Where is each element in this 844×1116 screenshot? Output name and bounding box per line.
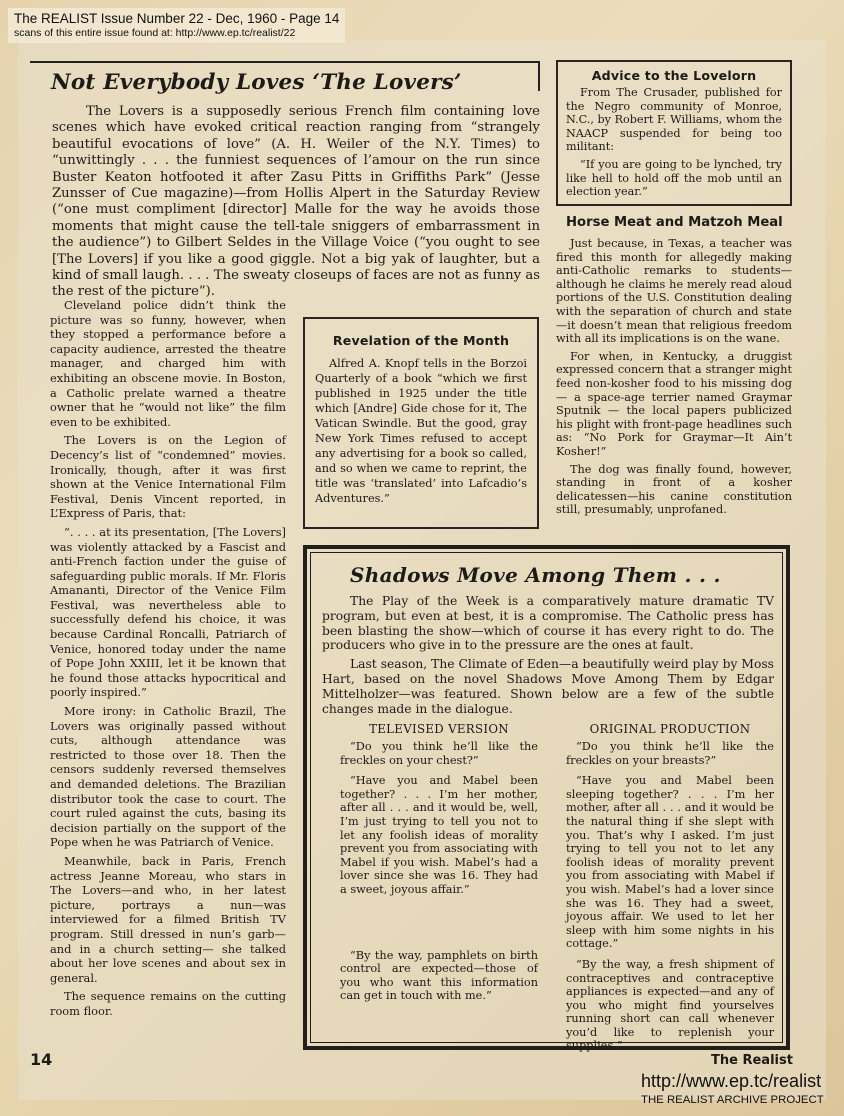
title-rule-corner: [538, 61, 540, 91]
scan-header-link[interactable]: scans of this entire issue found at: htt…: [14, 27, 339, 40]
dialog-line: “Have you and Mabel been sleeping togeth…: [566, 774, 774, 951]
horse-meat-body: Just because, in Texas, a teacher was fi…: [556, 237, 792, 517]
footer-url-link[interactable]: http://www.ep.tc/realist: [641, 1071, 821, 1092]
revelation-body: Alfred A. Knopf tells in the Borzoi Quar…: [315, 356, 527, 506]
advice-quote: “If you are going to be lynched, try lik…: [566, 158, 782, 199]
dialog-line: “By the way, pamphlets on birth control …: [340, 949, 538, 1003]
scan-header-title: The REALIST Issue Number 22 - Dec, 1960 …: [14, 11, 339, 27]
shadows-intro: The Play of the Week is a comparatively …: [322, 594, 774, 716]
advice-box: Advice to the Lovelorn From The Crusader…: [556, 60, 792, 206]
advice-title: Advice to the Lovelorn: [566, 68, 782, 83]
footer-project-label: THE REALIST ARCHIVE PROJECT: [641, 1094, 824, 1106]
horse-paragraph: The dog was finally found, however, stan…: [556, 463, 792, 517]
body-paragraph: The sequence remains on the cutting room…: [50, 989, 286, 1018]
televised-heading: TELEVISED VERSION: [340, 722, 538, 736]
original-production-column: ORIGINAL PRODUCTION “Do you think he’ll …: [566, 722, 774, 1060]
horse-paragraph: For when, in Kentucky, a druggist expres…: [556, 350, 792, 459]
shadows-intro-paragraph: Last season, The Climate of Eden—a beaut…: [322, 657, 774, 716]
dialog-line: “Do you think he’ll like the freckles on…: [566, 740, 774, 767]
body-paragraph: More irony: in Catholic Brazil, The Love…: [50, 704, 286, 850]
dialog-line: “Have you and Mabel been together? . . .…: [340, 774, 538, 896]
revelation-text: Alfred A. Knopf tells in the Borzoi Quar…: [315, 356, 527, 506]
body-paragraph: Meanwhile, back in Paris, French actress…: [50, 854, 286, 985]
shadows-intro-paragraph: The Play of the Week is a comparatively …: [322, 594, 774, 653]
shadows-title: Shadows Move Among Them . . .: [350, 563, 721, 587]
horse-meat-title: Horse Meat and Matzoh Meal: [566, 215, 783, 230]
revelation-title: Revelation of the Month: [315, 333, 527, 348]
scan-header: The REALIST Issue Number 22 - Dec, 1960 …: [8, 8, 345, 43]
main-article-intro: The Lovers is a supposedly serious Frenc…: [52, 104, 540, 301]
original-dialog: “Do you think he’ll like the freckles on…: [566, 740, 774, 1053]
body-paragraph: The Lovers is on the Legion of Decency’s…: [50, 433, 286, 521]
intro-paragraph: The Lovers is a supposedly serious Frenc…: [52, 104, 540, 301]
revelation-box: Revelation of the Month Alfred A. Knopf …: [303, 317, 539, 529]
advice-body: From The Crusader, published for the Neg…: [566, 86, 782, 199]
body-quote: “. . . . at its presentation, [The Lover…: [50, 525, 286, 700]
televised-dialog: “Do you think he’ll like the freckles on…: [340, 740, 538, 1003]
original-heading: ORIGINAL PRODUCTION: [566, 722, 774, 736]
televised-version-column: TELEVISED VERSION “Do you think he’ll li…: [340, 722, 538, 1010]
body-paragraph: Cleveland police didn’t think the pictur…: [50, 298, 286, 429]
horse-paragraph: Just because, in Texas, a teacher was fi…: [556, 237, 792, 346]
title-rule: [30, 61, 540, 63]
dialog-line: “By the way, a fresh shipment of contrac…: [566, 958, 774, 1053]
dialog-line: “Do you think he’ll like the freckles on…: [340, 740, 538, 767]
advice-paragraph: From The Crusader, published for the Neg…: [566, 86, 782, 154]
footer-brand: The Realist: [711, 1053, 793, 1068]
main-article-title: Not Everybody Loves ‘The Lovers’: [51, 70, 462, 95]
page-number: 14: [30, 1050, 52, 1069]
main-article-body: Cleveland police didn’t think the pictur…: [50, 298, 286, 1019]
